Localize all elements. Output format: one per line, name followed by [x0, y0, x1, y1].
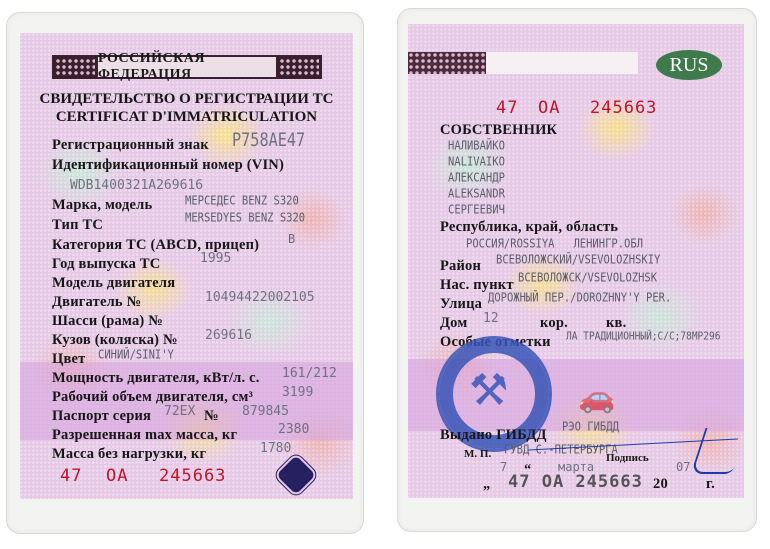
- label-region: Республика, край, область: [440, 219, 618, 236]
- value-engine-volume: 3199: [282, 385, 313, 400]
- label-engine-model: Модель двигателя: [52, 275, 175, 292]
- value-issued-by: РЭО ГИБДД: [562, 420, 619, 434]
- serial-number: 245663: [590, 98, 657, 118]
- label-passport-number: №: [204, 408, 219, 425]
- value-color: СИНИЙ/SINI'Y: [98, 348, 174, 362]
- bottom-serial: 47 ОА 245663: [508, 472, 643, 492]
- label-engine-volume: Рабочий объем двигателя, см³: [52, 389, 253, 406]
- value-engine-power: 161/212: [282, 366, 337, 381]
- value-locality: ВСЕВОЛОЖСК/VSEVOLOZHSK: [518, 271, 657, 285]
- registration-certificate-back: 🚗 RUS 47 ОА 245663 СОБСТВЕННИК НАЛИВАЙКО…: [408, 24, 744, 498]
- serial-series: ОА: [106, 466, 128, 486]
- back-banner: [408, 52, 638, 74]
- value-region: РОССИЯ/ROSSIYA ЛЕНИНГР.ОБЛ: [466, 237, 643, 251]
- value-year: 1995: [200, 251, 231, 266]
- label-passport-series: Паспорт серия: [52, 408, 151, 425]
- label-engine-number: Двигатель №: [52, 294, 141, 311]
- date-year-suffix: г.: [706, 476, 715, 493]
- label-registration-plate: Регистрационный знак: [52, 137, 209, 154]
- value-make-model: МЕРСЕДЕС BENZ S320: [185, 194, 299, 208]
- owner-line: НАЛИВАЙКО: [448, 139, 505, 153]
- country-banner: РОССИЙСКАЯ ФЕДЕРАЦИЯ: [52, 55, 322, 79]
- emblem-icon: [276, 455, 316, 495]
- value-unladen-mass: 1780: [260, 441, 291, 456]
- date-year-prefix: 20: [653, 476, 668, 493]
- value-vin: WDB1400321A269616: [70, 178, 203, 193]
- label-seal-place: М. П.: [464, 448, 491, 460]
- label-street: Улица: [440, 296, 482, 313]
- owner-line: ALEKSANDR: [448, 187, 505, 201]
- label-unladen-mass: Масса без нагрузки, кг: [52, 446, 206, 463]
- label-color: Цвет: [52, 351, 85, 368]
- label-owner: СОБСТВЕННИК: [440, 122, 557, 139]
- value-district: ВСЕВОЛОЖСКИЙ/VSEVOLOZHSKIY: [496, 253, 660, 267]
- ornament-icon: [55, 58, 95, 76]
- owner-line: СЕРГЕЕВИЧ: [448, 203, 505, 217]
- serial-number: 245663: [159, 466, 226, 486]
- value-engine-number: 10494422002105: [205, 290, 315, 305]
- value-street: ДОРОЖНЫЙ ПЕР./DOROZHNY'Y PER.: [488, 291, 671, 305]
- value-house: 12: [483, 311, 499, 326]
- label-vehicle-type: Тип ТС: [52, 217, 103, 234]
- certificate-title-ru: СВИДЕТЕЛЬСТВО О РЕГИСТРАЦИИ ТС: [20, 91, 353, 108]
- value-body-number: 269616: [205, 328, 252, 343]
- value-passport-series: 72ЕХ: [164, 404, 195, 419]
- serial-region: 47: [60, 466, 82, 486]
- value-vehicle-type: MERSEDYES BENZ S320: [185, 211, 305, 225]
- country-code-badge: RUS: [656, 50, 722, 80]
- value-registration-plate: Р758АЕ47: [232, 129, 305, 151]
- serial-region: 47: [496, 98, 518, 118]
- serial-series: ОА: [538, 98, 560, 118]
- ornament-icon: [408, 52, 486, 74]
- label-building: кор.: [540, 315, 568, 332]
- value-max-mass: 2380: [278, 422, 309, 437]
- label-chassis-number: Шасси (рама) №: [52, 313, 163, 330]
- value-passport-number: 879845: [242, 404, 289, 419]
- label-max-mass: Разрешенная max масса, кг: [52, 427, 237, 444]
- banner-blank: [486, 52, 638, 74]
- signature: [691, 428, 744, 474]
- label-issued-by: Выдано ГИБДД: [440, 427, 547, 444]
- label-signature: Подпись: [606, 452, 649, 464]
- label-district: Район: [440, 258, 481, 275]
- car-watermark-icon: 🚗: [578, 380, 615, 415]
- label-make-model: Марка, модель: [52, 197, 152, 214]
- value-special-notes: ЛА ТРАДИЦИОННЫЙ;С/С;78МР296: [566, 330, 720, 343]
- owner-line: NALIVAIKO: [448, 155, 505, 169]
- label-vin: Идентификационный номер (VIN): [52, 157, 284, 174]
- certificate-title-fr: CERTIFICAT D'IMMATRICULATION: [20, 109, 353, 126]
- registration-certificate-front: РОССИЙСКАЯ ФЕДЕРАЦИЯ СВИДЕТЕЛЬСТВО О РЕГ…: [20, 33, 353, 499]
- country-name: РОССИЙСКАЯ ФЕДЕРАЦИЯ: [98, 57, 276, 77]
- date-year: 07: [676, 460, 690, 474]
- label-house: Дом: [440, 315, 467, 332]
- owner-line: АЛЕКСАНДР: [448, 171, 505, 185]
- hammer-stamp-icon: ⚒: [469, 365, 508, 416]
- label-body-number: Кузов (коляска) №: [52, 332, 178, 349]
- value-category: В: [288, 232, 295, 246]
- label-engine-power: Мощность двигателя, кВт/л. с.: [52, 370, 260, 387]
- ornament-icon: [279, 58, 319, 76]
- date-day: 7: [500, 460, 507, 474]
- label-year: Год выпуска ТС: [52, 256, 160, 273]
- quote-open: „: [483, 476, 490, 493]
